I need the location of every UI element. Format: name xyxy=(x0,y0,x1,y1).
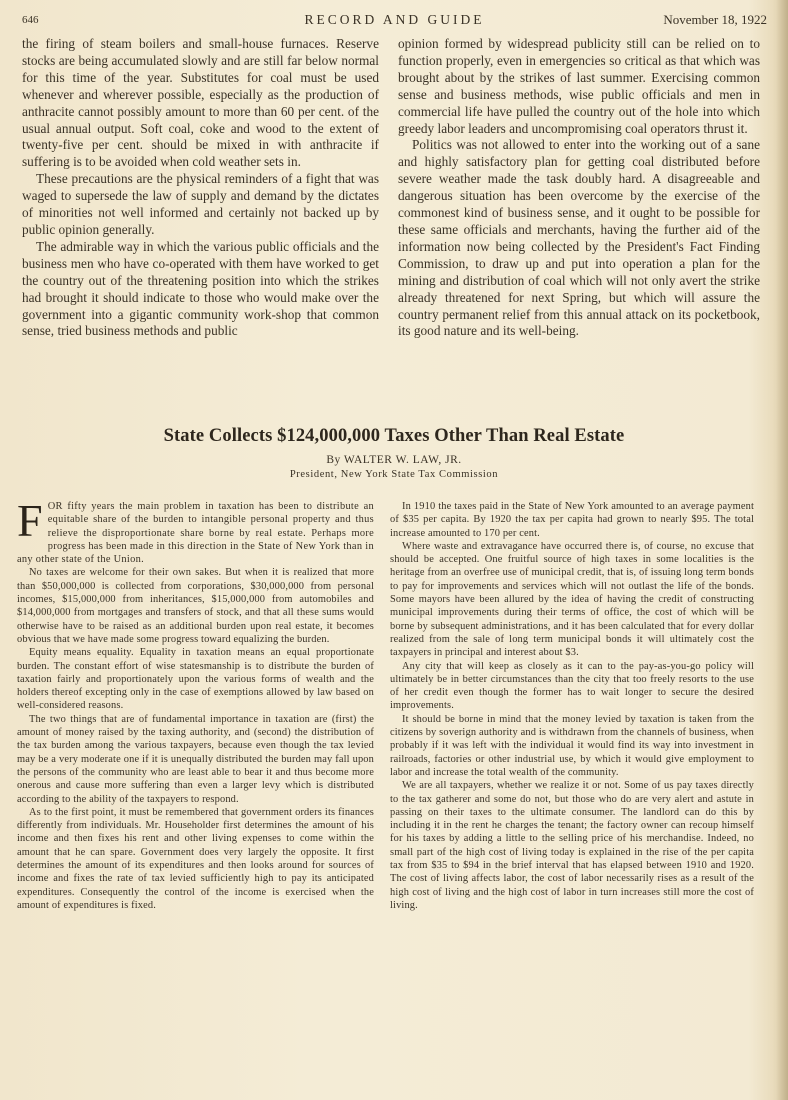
drop-cap: F xyxy=(17,502,43,540)
paragraph: No taxes are welcome for their own sakes… xyxy=(17,566,374,646)
paragraph: opinion formed by widespread publicity s… xyxy=(398,36,760,137)
article-right-column: In 1910 the taxes paid in the State of N… xyxy=(390,500,754,912)
paragraph: the firing of steam boilers and small-ho… xyxy=(22,36,379,171)
article-heading: State Collects $124,000,000 Taxes Other … xyxy=(0,426,788,480)
masthead: RECORD AND GUIDE xyxy=(22,12,767,28)
paragraph: The two things that are of fundamental i… xyxy=(17,713,374,806)
article-left-column: FOR fifty years the main problem in taxa… xyxy=(17,500,374,912)
author-affiliation: President, New York State Tax Commission xyxy=(0,469,788,480)
paragraph: Politics was not allowed to enter into t… xyxy=(398,137,760,340)
paragraph: As to the first point, it must be rememb… xyxy=(17,806,374,912)
lead-paragraph: FOR fifty years the main problem in taxa… xyxy=(17,500,374,566)
page-edge-shadow xyxy=(776,0,788,1100)
paragraph: These precautions are the physical remin… xyxy=(22,171,379,239)
top-article-right-column: opinion formed by widespread publicity s… xyxy=(398,36,760,340)
paragraph: Equity means equality. Equality in taxat… xyxy=(17,646,374,712)
paragraph: It should be borne in mind that the mone… xyxy=(390,713,754,779)
paragraph: In 1910 the taxes paid in the State of N… xyxy=(390,500,754,540)
lead-text: OR fifty years the main problem in taxat… xyxy=(17,501,374,565)
top-article-left-column: the firing of steam boilers and small-ho… xyxy=(22,36,379,340)
newspaper-page: 646 RECORD AND GUIDE November 18, 1922 t… xyxy=(0,0,788,1100)
byline: By WALTER W. LAW, JR. xyxy=(0,454,788,466)
paragraph: We are all taxpayers, whether we realize… xyxy=(390,779,754,912)
paragraph: The admirable way in which the various p… xyxy=(22,239,379,340)
paragraph: Any city that will keep as closely as it… xyxy=(390,660,754,713)
article-title: State Collects $124,000,000 Taxes Other … xyxy=(0,426,788,447)
page-header: 646 RECORD AND GUIDE November 18, 1922 xyxy=(22,12,767,30)
issue-date: November 18, 1922 xyxy=(663,12,767,28)
paragraph: Where waste and extravagance have occurr… xyxy=(390,540,754,660)
